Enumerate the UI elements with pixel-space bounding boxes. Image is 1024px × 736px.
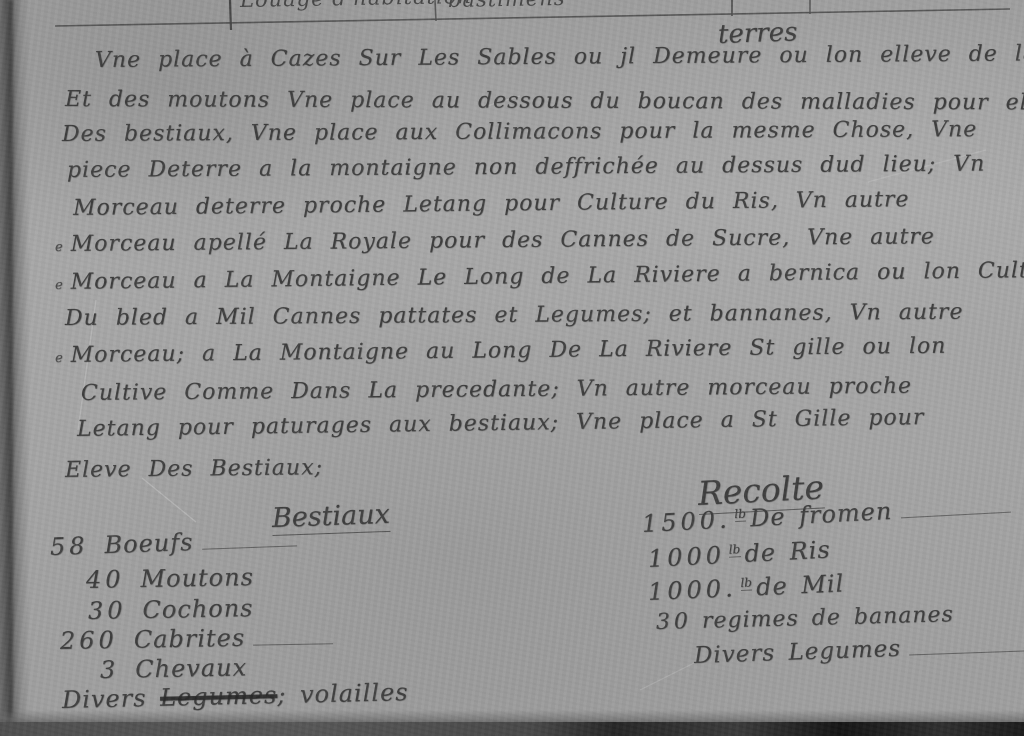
line-lead-mark: e <box>55 351 64 366</box>
harvest-qty: 1000. <box>647 574 737 606</box>
body-line-text: Des bestiaux, Vne place aux Collimacons … <box>62 117 977 147</box>
livestock-qty: 3 <box>100 656 120 684</box>
body-line: eMorceau; a La Montaigne au Long De La R… <box>55 334 947 368</box>
clipped-header-text: bastimens <box>448 0 566 12</box>
binding-shadow-streak <box>8 0 13 736</box>
livestock-label: Cochons <box>142 594 253 624</box>
note-suffix: ; volailles <box>277 678 409 709</box>
column-divider-line <box>230 0 231 30</box>
unit-lb: lb <box>734 507 746 523</box>
harvest-qty: 30 <box>656 609 693 635</box>
body-line: piece Deterre a la montaigne non deffric… <box>60 152 985 183</box>
harvest-label: de Mil <box>756 569 845 601</box>
body-line-text: Vne place à Cazes Sur Les Sables ou jl D… <box>95 41 1024 73</box>
body-line-text: Cultive Comme Dans La precedante; Vn aut… <box>81 374 912 406</box>
body-line: Cultive Comme Dans La precedante; Vn aut… <box>74 374 912 406</box>
unit-lb: lb <box>728 542 740 558</box>
harvest-row: 30regimes de bananes <box>656 602 954 635</box>
bottom-edge-blur <box>0 710 1024 724</box>
body-line-text: Morceau; a La Montaigne au Long De La Ri… <box>71 334 947 368</box>
clipped-header-text: Louage d'habitation <box>240 0 472 12</box>
body-line-text: Letang pour paturages aux bestiaux; Vne … <box>77 405 925 442</box>
body-line: Vne place à Cazes Sur Les Sables ou jl D… <box>88 41 1024 73</box>
body-line-text: Eleve Des Bestiaux; <box>65 455 323 483</box>
harvest-qty: 1000 <box>647 541 725 573</box>
line-lead-mark: e <box>55 278 64 293</box>
flourish-dash <box>253 630 333 646</box>
livestock-row: 3Chevaux <box>100 653 248 684</box>
flourish-dash <box>900 499 1011 519</box>
body-line-text: Et des moutons Vne place au dessous du b… <box>65 87 1024 116</box>
body-line: Eleve Des Bestiaux; <box>58 455 323 483</box>
note-prefix: Divers <box>62 684 147 714</box>
harvest-label: De fromen <box>749 497 893 532</box>
body-line: eMorceau apellé La Royale pour des Canne… <box>55 224 935 257</box>
livestock-label: Chevaux <box>135 653 247 683</box>
livestock-qty: 260 <box>60 626 118 655</box>
harvest-row: 1000lbde Ris <box>647 535 831 573</box>
livestock-row: 260Cabrites <box>60 622 334 655</box>
livestock-qty: 40 <box>86 565 125 594</box>
unit-lb: lb <box>740 575 752 590</box>
livestock-row: 40Moutons <box>86 563 254 594</box>
body-line-text: piece Deterre a la montaigne non deffric… <box>67 152 985 183</box>
struck-word: Legumes <box>160 681 278 712</box>
harvest-label: regimes de bananes <box>702 602 954 634</box>
harvest-row: 1000.lbde Mil <box>647 569 844 606</box>
harvest-qty: 1500. <box>641 505 731 538</box>
page-binding-edge <box>0 0 30 736</box>
harvest-label: de Ris <box>744 535 832 567</box>
harvest-row: 1500.lbDe fromen <box>641 491 1011 538</box>
flourish-dash <box>201 532 296 549</box>
livestock-row: 30Cochons <box>88 594 254 625</box>
livestock-row: 58Boeufs <box>50 524 297 561</box>
body-line: Morceau deterre proche Letang pour Cultu… <box>66 187 910 221</box>
body-line: Des bestiaux, Vne place aux Collimacons … <box>55 117 977 147</box>
body-line-text: Morceau a La Montaigne Le Long de La Riv… <box>71 258 1024 295</box>
livestock-label: Moutons <box>140 563 254 593</box>
body-line: Letang pour paturages aux bestiaux; Vne … <box>70 405 925 442</box>
document-scan: Louage d'habitation bastimens terres Vne… <box>0 0 1024 736</box>
harvest-row: Divers Legumes <box>694 631 1024 669</box>
livestock-qty: 30 <box>88 596 127 625</box>
body-line: Et des moutons Vne place au dessous du b… <box>58 87 1024 116</box>
livestock-label: Cabrites <box>134 624 246 654</box>
body-line-text: Morceau deterre proche Letang pour Cultu… <box>73 187 910 221</box>
scratch-mark <box>142 478 196 522</box>
body-line: Du bled a Mil Cannes pattates et Legumes… <box>58 300 964 331</box>
livestock-label: Boeufs <box>104 528 194 559</box>
body-line-text: Morceau apellé La Royale pour des Cannes… <box>71 224 935 257</box>
line-lead-mark: e <box>55 240 64 255</box>
livestock-qty: 58 <box>50 532 90 561</box>
header-horizontal-rule <box>55 9 1010 26</box>
flourish-dash <box>909 638 1024 656</box>
bottom-edge-dark-band <box>0 722 1024 736</box>
harvest-label: Divers Legumes <box>694 636 902 669</box>
body-line-text: Du bled a Mil Cannes pattates et Legumes… <box>65 300 964 331</box>
body-line: eMorceau a La Montaigne Le Long de La Ri… <box>55 258 1024 295</box>
scratch-mark <box>640 660 700 690</box>
